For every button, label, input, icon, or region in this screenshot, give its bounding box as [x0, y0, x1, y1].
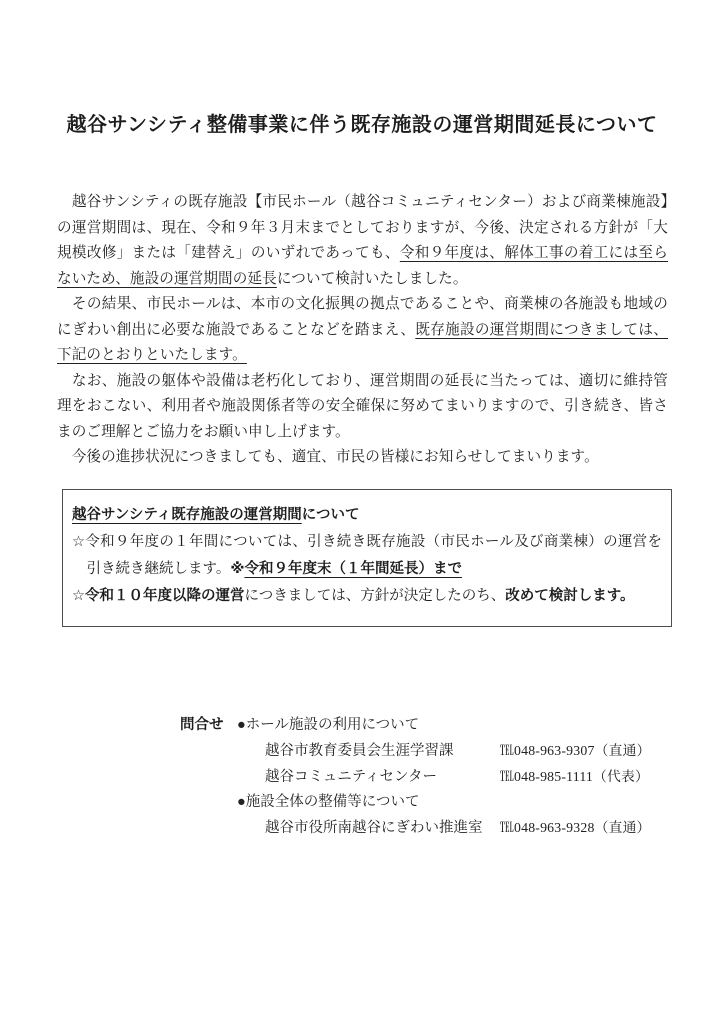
contact-group1-heading-row: 問合せ ●ホール施設の利用について	[180, 713, 724, 738]
contact-group1-heading: ●ホール施設の利用について	[237, 713, 724, 738]
box-item1-note-mark: ※	[230, 561, 244, 577]
box-heading-underlined: 越谷サンシティ既存施設の運営期間	[72, 507, 302, 523]
body-text: 越谷サンシティの既存施設【市民ホール（越谷コミュニティセンター）および商業棟施設…	[57, 190, 668, 471]
contact-phone: ℡048-963-9307（直通）	[500, 738, 651, 763]
contact-org-name: 越谷コミュニティセンター	[237, 765, 500, 790]
box-item2-bold-tail: 改めて検討します。	[505, 588, 634, 604]
contact-phone: ℡048-963-9328（直通）	[500, 815, 651, 840]
box-item-1: ☆令和９年度の１年間については、引き続き既存施設（市民ホール及び商業棟）の運営を…	[72, 529, 662, 583]
paragraph-1: 越谷サンシティの既存施設【市民ホール（越谷コミュニティセンター）および商業棟施設…	[57, 190, 668, 292]
contact-entry-row: 越谷コミュニティセンター ℡048-985-1111（代表）	[180, 764, 724, 790]
contact-entry-row: 越谷市教育委員会生涯学習課 ℡048-963-9307（直通）	[180, 738, 724, 764]
box-item-2: ☆令和１０年度以降の運営につきましては、方針が決定したのち、改めて検討します。	[72, 583, 662, 610]
box-item2-bold-lead: 令和１０年度以降の運営	[85, 588, 245, 604]
box-heading-rest: について	[302, 507, 360, 523]
contact-phone: ℡048-985-1111（代表）	[500, 764, 649, 789]
para1-tail-text: について検討いたしました。	[277, 271, 468, 287]
contact-section: 問合せ ●ホール施設の利用について 越谷市教育委員会生涯学習課 ℡048-963…	[180, 713, 724, 841]
contact-org-name: 越谷市教育委員会生涯学習課	[237, 739, 500, 764]
document-page: 越谷サンシティ整備事業に伴う既存施設の運営期間延長について 越谷サンシティの既存…	[0, 0, 724, 1024]
box-heading: 越谷サンシティ既存施設の運営期間について	[72, 502, 662, 529]
contact-org-name: 越谷市役所南越谷にぎわい推進室	[237, 816, 500, 841]
paragraph-4: 今後の進捗状況につきましても、適宜、市民の皆様にお知らせしてまいります。	[57, 445, 668, 471]
box-item2-mid: につきましては、方針が決定したのち、	[245, 588, 506, 604]
contact-group2-heading-row: ●施設全体の整備等について	[180, 790, 724, 815]
contact-group2-heading: ●施設全体の整備等について	[237, 790, 724, 815]
box-item2-star: ☆	[72, 588, 85, 604]
operation-period-box: 越谷サンシティ既存施設の運営期間について ☆令和９年度の１年間については、引き続…	[62, 489, 672, 627]
paragraph-3: なお、施設の躯体や設備は老朽化しており、運営期間の延長に当たっては、適切に維持管…	[57, 369, 668, 446]
paragraph-2: その結果、市民ホールは、本市の文化振興の拠点であることや、商業棟の各施設も地域の…	[57, 292, 668, 369]
page-title: 越谷サンシティ整備事業に伴う既存施設の運営期間延長について	[0, 0, 724, 140]
box-item1-note-underlined: 令和９年度末（１年間延長）まで	[244, 561, 462, 577]
contact-label: 問合せ	[180, 713, 237, 738]
contact-entry-row: 越谷市役所南越谷にぎわい推進室 ℡048-963-9328（直通）	[180, 815, 724, 841]
